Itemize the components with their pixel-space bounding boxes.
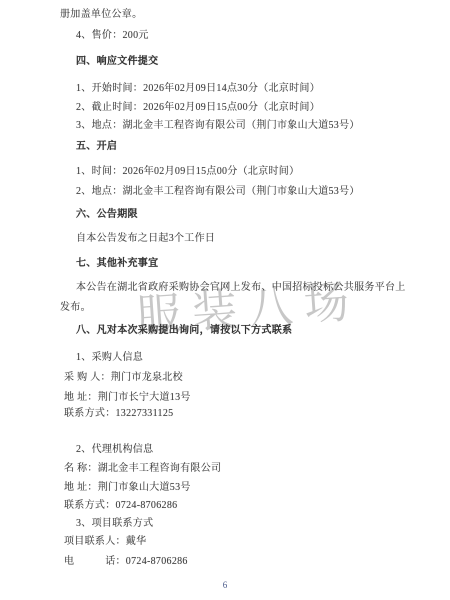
line-opening-time: 1、时间：2026年02月09日15点00分（北京时间） [76,165,299,178]
line-agency-address: 地 址：荆门市象山大道53号 [64,481,191,494]
line-publish-platforms-1: 本公告在湖北省政府采购协会官网上发布、中国招标投标公共服务平台上 [76,281,406,294]
heading-section-5-opening: 五、开启 [76,140,117,153]
line-purchaser-info-title: 1、采购人信息 [76,351,143,364]
line-purchaser-name: 采 购 人：荆门市龙泉北校 [64,371,183,384]
line-purchaser-address: 地 址：荆门市长宁大道13号 [64,391,191,404]
heading-section-6-announcement-period: 六、公告期限 [76,208,138,221]
document-page: 服装八场 册加盖单位公章。 4、售价：200元 四、响应文件提交 1、开始时间：… [0,0,450,600]
heading-section-7-other-matters: 七、其他补充事宜 [76,257,158,270]
line-agency-info-title: 2、代理机构信息 [76,443,153,456]
heading-section-8-contact-methods: 八、凡对本次采购提出询问，请按以下方式联系 [76,324,292,337]
line-announcement-period: 自本公告发布之日起3个工作日 [76,232,215,245]
line-submission-location: 3、地点：湖北金丰工程咨询有限公司（荆门市象山大道53号） [76,119,360,132]
line-publish-platforms-2: 发布。 [60,301,91,314]
line-purchaser-contact: 联系方式：13227331125 [64,407,173,420]
page-number: 6 [0,580,450,590]
line-project-phone: 电 话：0724-8706286 [64,555,188,568]
line-start-time: 1、开始时间：2026年02月09日14点30分（北京时间） [76,82,320,95]
line-agency-contact: 联系方式：0724-8706286 [64,499,177,512]
line-price: 4、售价：200元 [76,29,149,42]
heading-section-4-response-submission: 四、响应文件提交 [76,55,158,68]
line-opening-location: 2、地点：湖北金丰工程咨询有限公司（荆门市象山大道53号） [76,185,360,198]
line-deadline-time: 2、截止时间：2026年02月09日15点00分（北京时间） [76,101,320,114]
line-project-contact-title: 3、项目联系方式 [76,517,153,530]
line-agency-name: 名 称：湖北金丰工程咨询有限公司 [64,462,221,475]
line-seal-note: 册加盖单位公章。 [60,8,142,21]
line-project-contact-person: 项目联系人：戴华 [64,535,146,548]
